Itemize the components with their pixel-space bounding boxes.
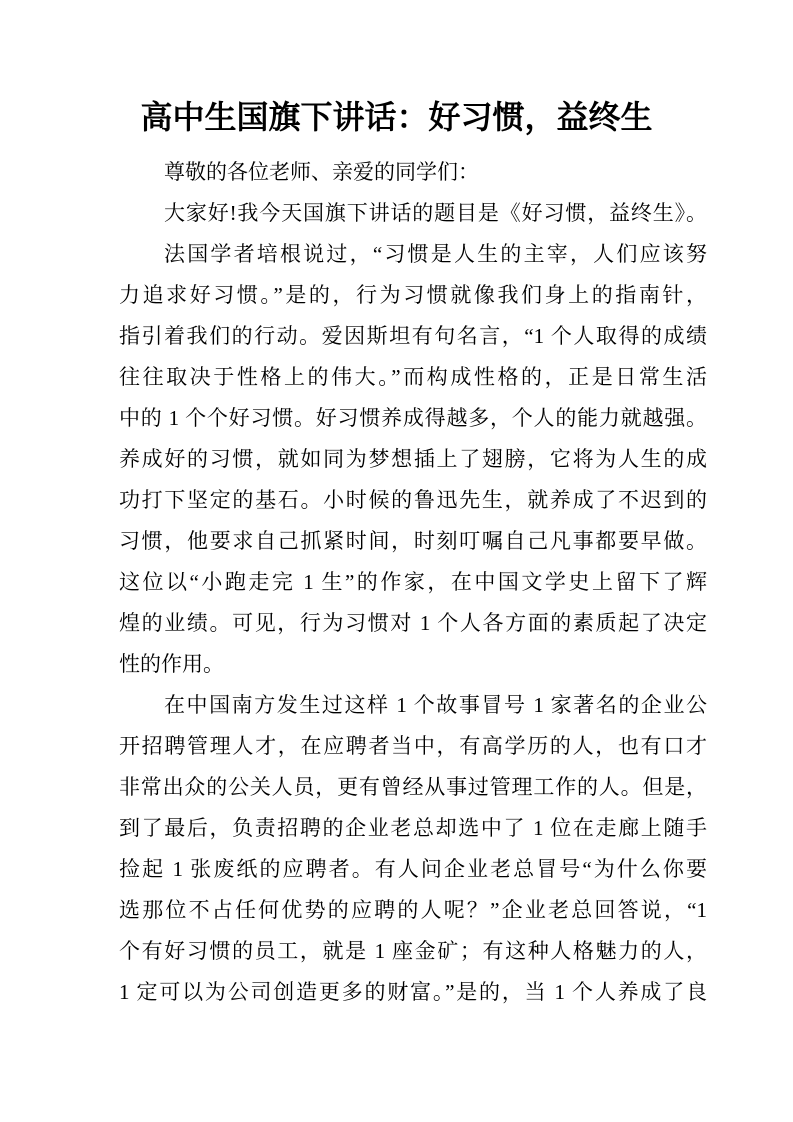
text-line: 到了最后，负责招聘的企业老总却选中了 1 位在走廊上随手 — [119, 808, 707, 849]
text-line: 选那位不占任何优势的应聘的人呢？”企业老总回答说，“1 — [119, 890, 707, 931]
document-body: 尊敬的各位老师、亲爱的同学们：大家好!我今天国旗下讲话的题目是《好习惯，益终生》… — [119, 152, 707, 1013]
document-page: 高中生国旗下讲话：好习惯，益终生 尊敬的各位老师、亲爱的同学们：大家好!我今天国… — [0, 0, 793, 1122]
text-line: 法国学者培根说过，“习惯是人生的主宰，人们应该努 — [119, 234, 707, 275]
text-line: 养成好的习惯，就如同为梦想插上了翅膀，它将为人生的成 — [119, 439, 707, 480]
text-line: 往往取决于性格上的伟大。”而构成性格的，正是日常生活 — [119, 357, 707, 398]
text-line: 力追求好习惯。”是的，行为习惯就像我们身上的指南针， — [119, 275, 707, 316]
text-line: 1 定可以为公司创造更多的财富。”是的，当 1 个人养成了良 — [119, 972, 707, 1013]
paragraph: 在中国南方发生过这样 1 个故事冒号 1 家著名的企业公开招聘管理人才，在应聘者… — [119, 685, 707, 1013]
document-title: 高中生国旗下讲话：好习惯，益终生 — [0, 95, 793, 139]
paragraph: 尊敬的各位老师、亲爱的同学们： — [119, 152, 707, 193]
text-line: 开招聘管理人才，在应聘者当中，有高学历的人，也有口才 — [119, 726, 707, 767]
paragraph: 大家好!我今天国旗下讲话的题目是《好习惯，益终生》。 — [119, 193, 707, 234]
text-line: 非常出众的公关人员，更有曾经从事过管理工作的人。但是， — [119, 767, 707, 808]
text-line: 指引着我们的行动。爱因斯坦有句名言，“1 个人取得的成绩 — [119, 316, 707, 357]
text-line: 尊敬的各位老师、亲爱的同学们： — [119, 152, 707, 193]
text-line: 中的 1 个个好习惯。好习惯养成得越多，个人的能力就越强。 — [119, 398, 707, 439]
text-line: 性的作用。 — [119, 644, 707, 685]
text-line: 煌的业绩。可见，行为习惯对 1 个人各方面的素质起了决定 — [119, 603, 707, 644]
text-line: 捡起 1 张废纸的应聘者。有人问企业老总冒号“为什么你要 — [119, 849, 707, 890]
text-line: 习惯，他要求自己抓紧时间，时刻叮嘱自己凡事都要早做。 — [119, 521, 707, 562]
text-line: 在中国南方发生过这样 1 个故事冒号 1 家著名的企业公 — [119, 685, 707, 726]
text-line: 大家好!我今天国旗下讲话的题目是《好习惯，益终生》。 — [119, 193, 707, 234]
text-line: 这位以“小跑走完 1 生”的作家，在中国文学史上留下了辉 — [119, 562, 707, 603]
text-line: 个有好习惯的员工，就是 1 座金矿；有这种人格魅力的人， — [119, 931, 707, 972]
text-line: 功打下坚定的基石。小时候的鲁迅先生，就养成了不迟到的 — [119, 480, 707, 521]
paragraph: 法国学者培根说过，“习惯是人生的主宰，人们应该努力追求好习惯。”是的，行为习惯就… — [119, 234, 707, 685]
